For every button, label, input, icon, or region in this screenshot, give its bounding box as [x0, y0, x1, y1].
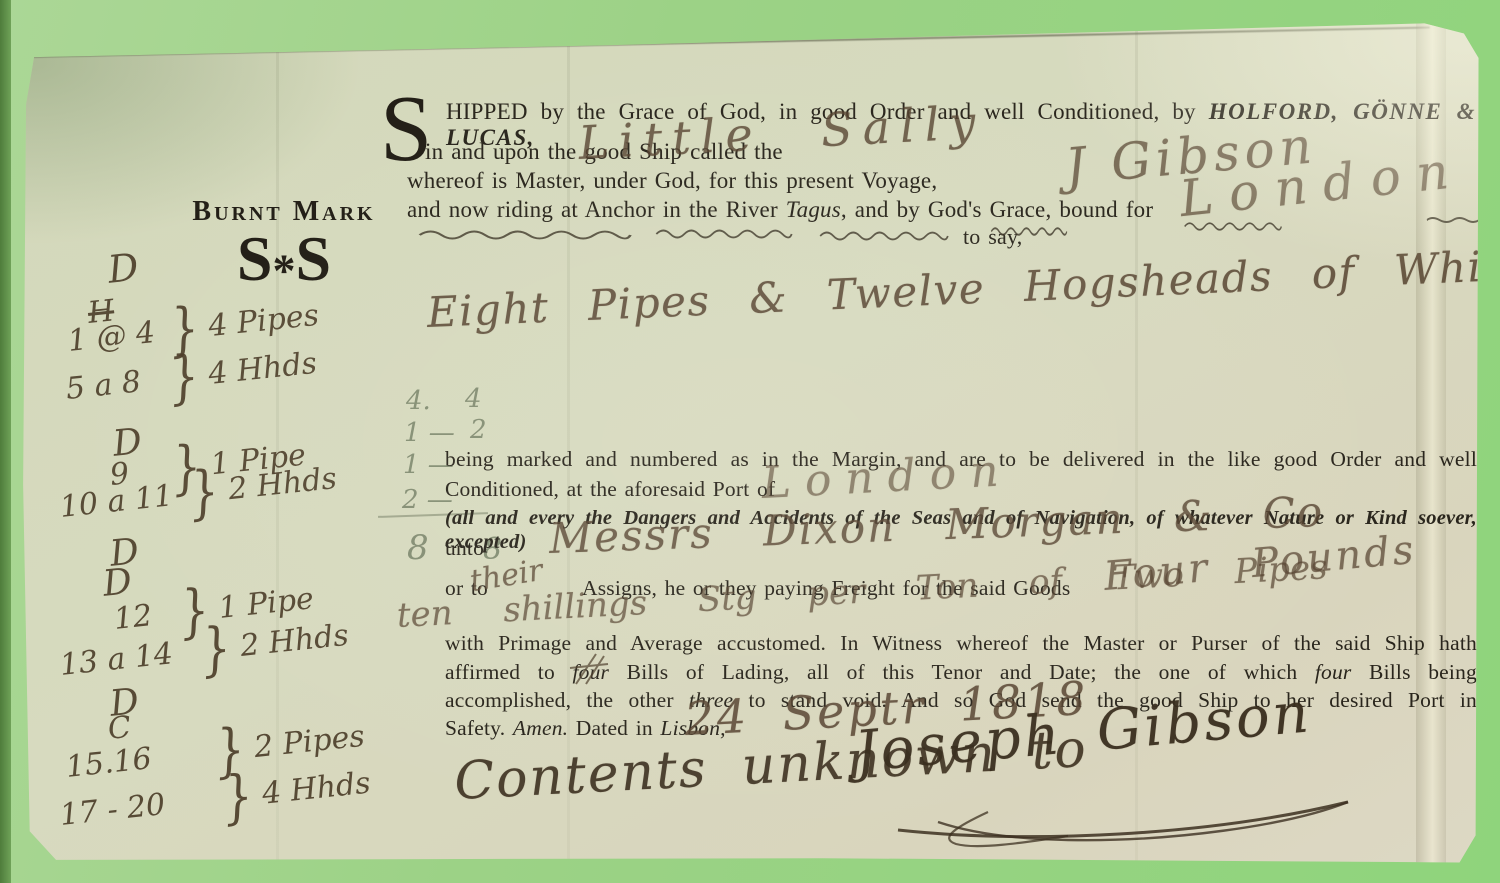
header-line-4-pre: and now riding at Anchor in the River — [407, 197, 778, 222]
pencil-mark: 1 — — [404, 418, 455, 448]
signature-flourish — [868, 792, 1378, 848]
accomplished-text: accomplished, the other — [445, 688, 674, 712]
blank-filler-squiggle — [416, 228, 634, 242]
blank-filler-squiggle — [1183, 220, 1283, 233]
margin-brace: } — [186, 457, 222, 527]
burnt-mark-star: * — [272, 245, 295, 296]
blank-filler-squiggle — [1426, 214, 1480, 226]
pencil-mark: 4 — [465, 384, 482, 414]
safety-text: Safety. — [445, 716, 505, 740]
burnt-mark-s1: S — [237, 223, 273, 294]
margin-quantity: 4 Hhds — [207, 345, 319, 391]
river-name: Tagus — [786, 197, 841, 222]
primage-text: with Primage and Average accustomed. — [445, 631, 826, 655]
body-line-2: Conditioned, at the aforesaid Port of — [445, 477, 775, 502]
scan-background: S HIPPED by the Grace of God, in good Or… — [0, 0, 1500, 883]
header-line-4: and now riding at Anchor in the River Ta… — [407, 197, 1153, 223]
margin-row: D — [106, 245, 141, 292]
margin-numbers: 10 a 11 — [58, 476, 191, 524]
blank-filler-squiggle — [990, 225, 1068, 238]
amen-italic: Amen. — [513, 716, 568, 740]
header-line-3: whereof is Master, under God, for this p… — [407, 168, 937, 194]
margin-quantity: 2 Hhds — [238, 617, 350, 663]
four-italic: four — [1315, 660, 1352, 684]
pencil-mark: 4. — [406, 386, 431, 416]
margin-brace: } — [198, 614, 234, 684]
header-line-4-post: , and by God's Grace, bound for — [841, 197, 1153, 222]
stray-pen-mark — [566, 650, 610, 688]
margin-row: 13 a 14}2 Hhds — [57, 608, 351, 692]
blank-filler-squiggle — [818, 229, 950, 243]
pencil-mark: 8 — [407, 528, 429, 568]
margin-mark: D — [106, 245, 141, 292]
margin-brace: } — [220, 761, 256, 831]
body-line-unto: unto — [445, 536, 484, 561]
margin-row: 10 a 11}2 Hhds — [57, 451, 339, 534]
pencil-mark: 2 — [470, 415, 487, 445]
blank-filler-squiggle — [654, 227, 794, 241]
burnt-mark-symbol: S*S — [176, 222, 392, 296]
bill-of-lading-document: S HIPPED by the Grace of God, in good Or… — [18, 20, 1480, 865]
paper-top-edge-shadow — [22, 27, 1430, 58]
dated-in-text: Dated in — [576, 716, 653, 740]
margin-brace: } — [166, 342, 202, 412]
margin-numbers: 5 a 8 — [64, 361, 171, 407]
margin-numbers: 17 - 20 — [58, 780, 225, 832]
burnt-mark-s2: S — [296, 223, 332, 294]
margin-quantity: 4 Hhds — [260, 765, 372, 811]
bills-being-text: Bills being — [1369, 660, 1477, 684]
margin-quantity: 2 Hhds — [227, 461, 339, 507]
margin-numbers: 13 a 14 — [58, 633, 203, 683]
witness-text: In Witness whereof the Master or Purser … — [840, 631, 1477, 655]
affirmed-text: affirmed to — [445, 660, 555, 684]
scan-edge-strip — [0, 0, 11, 883]
